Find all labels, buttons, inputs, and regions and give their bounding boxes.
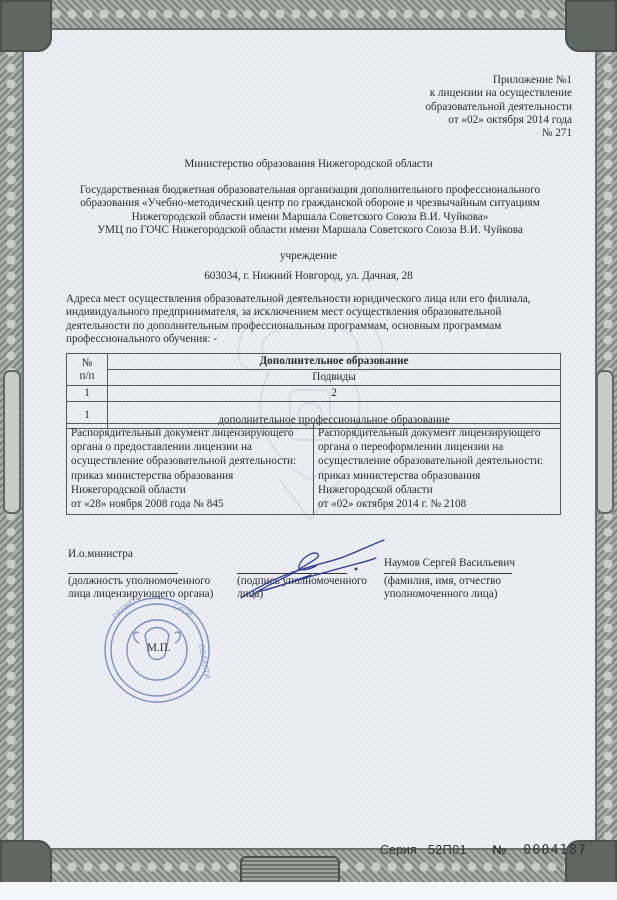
appendix-line: образовательной деятельности — [312, 101, 572, 114]
organization-line: образования «Учебно-методический центр п… — [60, 197, 560, 210]
order-line: органа о переоформлении лицензии на — [318, 440, 556, 454]
organization-line: Нижегородской области имени Маршала Сове… — [60, 211, 560, 224]
ornament-side-panel-icon — [596, 370, 614, 514]
name-line — [384, 573, 512, 574]
order-date: от «28» ноября 2008 года № 845 — [71, 497, 309, 511]
places-line: индивидуального предпринимателя, за искл… — [66, 306, 561, 319]
places-line: Адреса мест осуществления образовательно… — [66, 293, 561, 306]
order-line: осуществление образовательной деятельнос… — [71, 454, 309, 468]
order-line: Нижегородской области — [71, 483, 309, 497]
order-line: органа о предоставлении лицензии на — [71, 440, 309, 454]
orders-row: Распорядительный документ лицензирующего… — [67, 424, 561, 515]
organization-short-name: УМЦ по ГОЧС Нижегородской области имени … — [60, 224, 560, 237]
ornamental-border-top — [0, 0, 617, 30]
organization-address: 603034, г. Нижний Новгород, ул. Дачная, … — [0, 270, 617, 283]
order-line: приказ министерства образования — [71, 469, 309, 483]
index-value: 2 — [108, 386, 561, 402]
signatory-position: И.о.министра — [68, 548, 133, 561]
order-reissue-cell: Распорядительный документ лицензирующего… — [314, 424, 561, 515]
num-header: № п/п — [67, 354, 108, 386]
caption-line: (фамилия, имя, отчество — [384, 575, 554, 588]
caption-line: уполномоченного лица) — [384, 588, 554, 601]
series-value: 52П01 — [428, 843, 467, 857]
order-line: Нижегородской области — [318, 483, 556, 497]
caption-line: (должность уполномоченного — [68, 575, 238, 588]
order-line: приказ министерства образования — [318, 469, 556, 483]
ornament-corner-icon — [565, 0, 617, 52]
order-issue-cell: Распорядительный документ лицензирующего… — [67, 424, 314, 515]
series-label: Серия — [380, 843, 417, 857]
appendix-number: № 271 — [312, 127, 572, 140]
order-date: от «02» октября 2014 г. № 2108 — [318, 497, 556, 511]
order-line: Распорядительный документ лицензирующего — [71, 426, 309, 440]
table-subheader-row: Подвиды — [67, 370, 561, 386]
number-sign: № — [492, 843, 506, 857]
places-line: профессионального обучения: - — [66, 333, 561, 346]
handwritten-signature-icon — [236, 530, 386, 600]
position-line — [68, 573, 178, 574]
form-serial: Серия 52П01 № 0004187 — [380, 843, 587, 858]
organization-name: Государственная бюджетная образовательна… — [60, 184, 560, 237]
order-line: осуществление образовательной деятельнос… — [318, 454, 556, 468]
appendix-line: к лицензии на осуществление — [312, 87, 572, 100]
license-appendix-page: Приложение №1 к лицензии на осуществлени… — [0, 0, 617, 900]
bottom-margin — [0, 882, 617, 900]
svg-text:СКОЙ: СКОЙ — [172, 601, 194, 619]
organization-type: учреждение — [0, 250, 617, 263]
education-table: № п/п Дополнительное образование Подвиды… — [66, 353, 561, 429]
form-number: 0004187 — [523, 843, 587, 858]
order-line: Распорядительный документ лицензирующего — [318, 426, 556, 440]
activity-places: Адреса мест осуществления образовательно… — [66, 293, 561, 346]
appendix-date: от «02» октября 2014 года — [312, 114, 572, 127]
table-header-row: № п/п Дополнительное образование — [67, 354, 561, 370]
num-header-sign: № — [70, 357, 104, 370]
education-title: Дополнительное образование — [108, 354, 561, 370]
appendix-title: Приложение №1 — [312, 74, 572, 87]
orders-table: Распорядительный документ лицензирующего… — [66, 423, 561, 515]
table-index-row: 1 2 — [67, 386, 561, 402]
ornament-corner-icon — [0, 0, 52, 52]
organization-line: Государственная бюджетная образовательна… — [60, 184, 560, 197]
caption-name: (фамилия, имя, отчество уполномоченного … — [384, 575, 554, 602]
places-line: деятельности по дополнительным профессио… — [66, 320, 561, 333]
ornament-side-panel-icon — [3, 370, 21, 514]
stamp-label: М.П. — [147, 642, 171, 655]
index-num: 1 — [67, 386, 108, 402]
signatory-name: Наумов Сергей Васильевич — [384, 557, 515, 570]
education-subtitle: Подвиды — [108, 370, 561, 386]
ministry-name: Министерство образования Нижегородской о… — [0, 158, 617, 171]
num-header-abbr: п/п — [70, 370, 104, 383]
appendix-header: Приложение №1 к лицензии на осуществлени… — [312, 74, 572, 140]
